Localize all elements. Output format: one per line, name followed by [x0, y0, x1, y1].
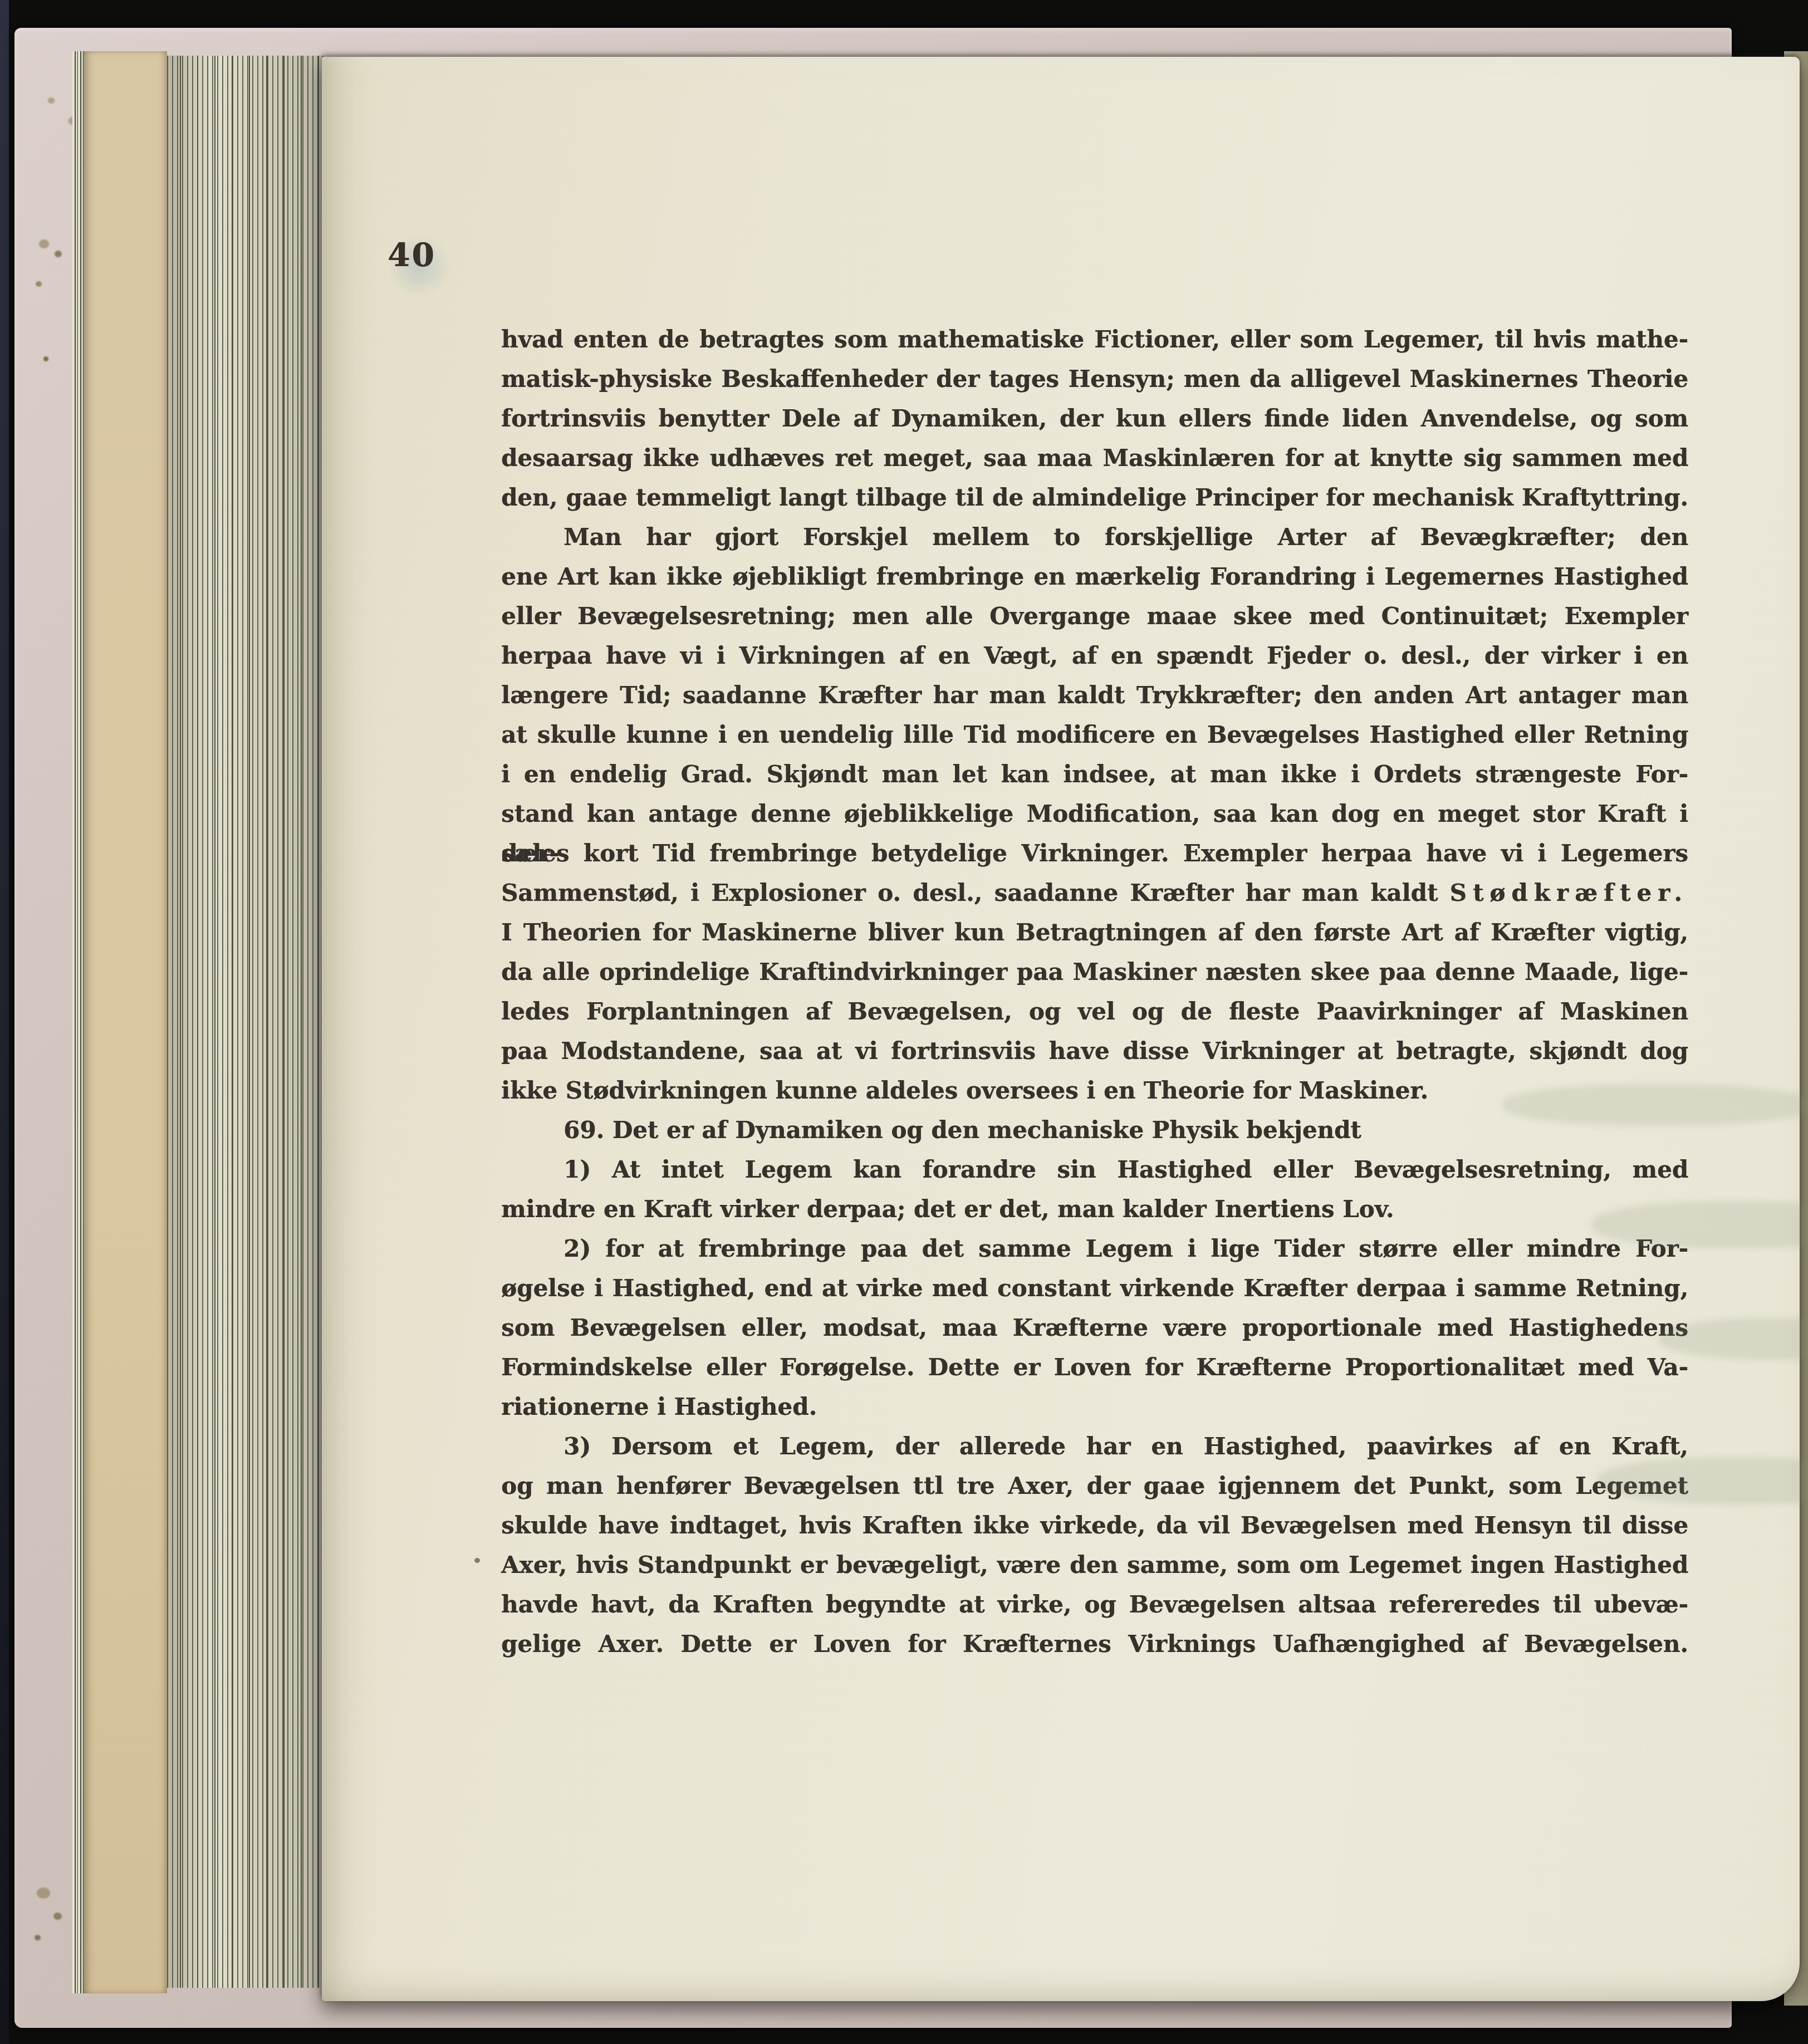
text-line: og man henfører Bevægelsen ttl tre Axer,… — [501, 1466, 1688, 1506]
text-line: skulde have indtaget, hvis Kraften ikke … — [501, 1506, 1688, 1545]
text-line: hvad enten de betragtes som mathematiske… — [501, 320, 1688, 359]
ink-speck — [474, 1558, 480, 1563]
text-line: at skulle kunne i en uendelig lille Tid … — [501, 715, 1688, 754]
text-line: ledes Forplantningen af Bevægelsen, og v… — [501, 992, 1688, 1031]
show-through-smudge — [1502, 1084, 1808, 1126]
cover-stain — [48, 97, 55, 104]
text-line: herpaa have vi i Virkningen af en Vægt, … — [501, 636, 1688, 675]
text-line: desaarsag ikke udhæves ret meget, saa ma… — [501, 438, 1688, 478]
cover-stain — [55, 251, 62, 257]
text-line: paa Modstandene, saa at vi fortrinsviis … — [501, 1031, 1688, 1071]
binding-shadow-strip — [0, 0, 9, 2044]
text-line: 2) for at frembringe paa det samme Legem… — [501, 1229, 1688, 1268]
text-line: matisk-physiske Beskaffenheder der tages… — [501, 359, 1688, 399]
text-line: deles kort Tid frembringe betydelige Vir… — [501, 834, 1688, 873]
text-line: øgelse i Hastighed, end at virke med con… — [501, 1268, 1688, 1308]
text-line: 3) Dersom et Legem, der allerede har en … — [501, 1427, 1688, 1466]
text-line: fortrinsviis benytter Dele af Dynamiken,… — [501, 399, 1688, 438]
photo-backdrop: 40 hvad enten de betragtes som mathemati… — [0, 0, 1808, 2044]
text-line: Man har gjort Forskjel mellem to forskje… — [501, 517, 1688, 557]
text-line: længere Tid; saadanne Kræfter har man ka… — [501, 675, 1688, 715]
cover-stain — [37, 1888, 50, 1899]
cover-stain — [43, 356, 48, 361]
cover-stain — [39, 239, 49, 248]
text-line: den, gaae temmeligt langt tilbage til de… — [501, 478, 1688, 517]
text-line: eller Bevægelsesretning; men alle Overga… — [501, 596, 1688, 636]
cover-stain — [53, 1913, 62, 1920]
letterspaced-word: Stødkræfter. — [1450, 879, 1688, 906]
text-line: 69. Det er af Dynamiken og den mechanisk… — [501, 1110, 1688, 1150]
text-line: da alle oprindelige Kraftindvirkninger p… — [501, 952, 1688, 992]
page-block-edge — [84, 51, 167, 1993]
book-page: 40 hvad enten de betragtes som mathemati… — [322, 57, 1800, 2001]
text-line: som Bevægelsen eller, modsat, maa Kræfte… — [501, 1308, 1688, 1347]
text-line: Sammenstød, i Explosioner o. desl., saad… — [501, 873, 1688, 913]
text-line: ene Art kan ikke øjeblikligt frembringe … — [501, 557, 1688, 596]
text-line: I Theorien for Maskinerne bliver kun Bet… — [501, 913, 1688, 952]
text-line: riationerne i Hastighed. — [501, 1387, 1688, 1427]
text-line: Formindskelse eller Forøgelse. Dette er … — [501, 1347, 1688, 1387]
text-line: mindre en Kraft virker derpaa; det er de… — [501, 1189, 1688, 1229]
page-number: 40 — [388, 236, 436, 274]
text-line: havde havt, da Kraften begyndte at virke… — [501, 1585, 1688, 1624]
text-line: Axer, hvis Standpunkt er bevægeligt, vær… — [501, 1545, 1688, 1585]
text-block: hvad enten de betragtes som mathematiske… — [501, 320, 1688, 1664]
text-line: stand kan antage denne øjeblikkelige Mod… — [501, 794, 1688, 834]
text-line: gelige Axer. Dette er Loven for Kræftern… — [501, 1624, 1688, 1664]
text-line: 1) At intet Legem kan forandre sin Hasti… — [501, 1150, 1688, 1189]
text-line: i en endelig Grad. Skjøndt man let kan i… — [501, 754, 1688, 794]
cover-stain — [36, 281, 42, 287]
page-edge-stack — [167, 56, 324, 1988]
cover-stain — [35, 1935, 41, 1940]
